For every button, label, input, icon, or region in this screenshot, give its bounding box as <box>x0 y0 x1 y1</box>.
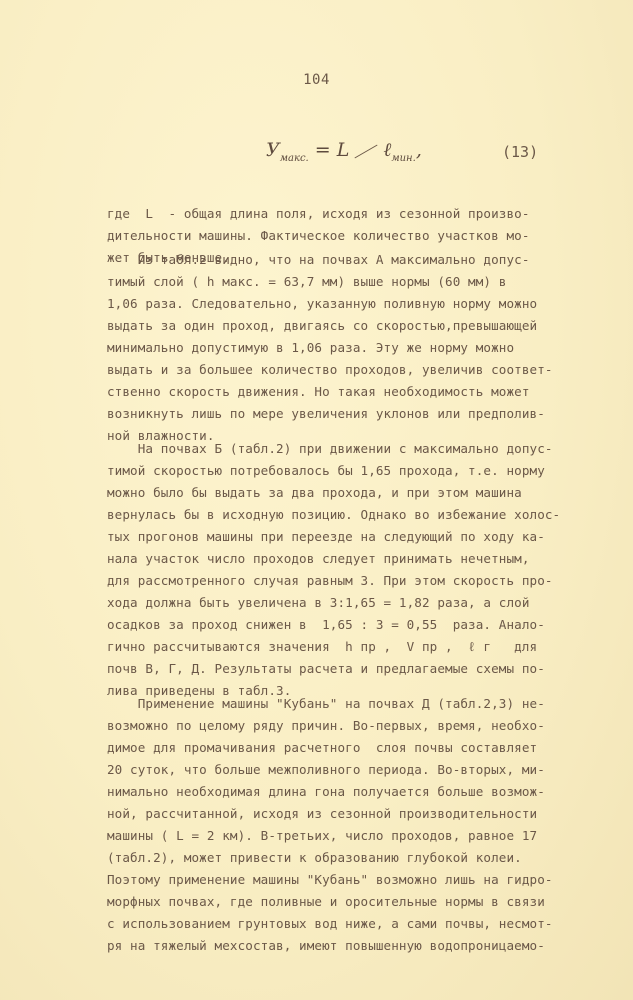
text-line: На почвах Б (табл.2) при движении с макс… <box>107 438 597 460</box>
paragraph-2: Из табл.2 видно, что на почвах А максима… <box>107 249 597 447</box>
text-line: нимально необходимая длина гона получает… <box>107 781 597 803</box>
text-line: морфных почвах, где поливные и ороситель… <box>107 891 597 913</box>
fraction-slash <box>355 144 378 158</box>
text-line: минимально допустимую в 1,06 раза. Эту ж… <box>107 337 597 359</box>
text-line: где L - общая длина поля, исходя из сезо… <box>107 203 597 225</box>
page-number: 104 <box>0 72 633 88</box>
equation-number: (13) <box>502 143 538 161</box>
text-line: гично рассчитываются значения h пр , V п… <box>107 636 597 658</box>
formula-equals: = <box>315 139 331 161</box>
text-line: ной, рассчитанной, исходя из сезонной пр… <box>107 803 597 825</box>
formula-comma: , <box>416 139 422 161</box>
text-line: Применение машины "Кубань" на почвах Д (… <box>107 693 597 715</box>
text-line: возникнуть лишь по мере увеличения уклон… <box>107 403 597 425</box>
paragraph-4: Применение машины "Кубань" на почвах Д (… <box>107 693 597 957</box>
text-line: вернулась бы в исходную позицию. Однако … <box>107 504 597 526</box>
formula-numerator: L <box>337 139 350 161</box>
text-line: нала участок число проходов следует прин… <box>107 548 597 570</box>
text-line: машины ( L = 2 км). В-третьих, число про… <box>107 825 597 847</box>
text-line: осадков за проход снижен в 1,65 : 3 = 0,… <box>107 614 597 636</box>
formula-lhs: У <box>266 139 280 161</box>
text-line: возможно по целому ряду причин. Во-первы… <box>107 715 597 737</box>
formula: Умакс. = Lℓмин., <box>266 139 422 164</box>
text-line: димое для промачивания расчетного слоя п… <box>107 737 597 759</box>
text-line: ря на тяжелый мехсостав, имеют повышенну… <box>107 935 597 957</box>
formula-lhs-sub: макс. <box>280 153 309 164</box>
text-line: выдать и за большее количество проходов,… <box>107 359 597 381</box>
text-line: почв В, Г, Д. Результаты расчета и предл… <box>107 658 597 680</box>
text-line: с использованием грунтовых вод ниже, а с… <box>107 913 597 935</box>
text-line: Из табл.2 видно, что на почвах А максима… <box>107 249 597 271</box>
text-line: 1,06 раза. Следовательно, указанную поли… <box>107 293 597 315</box>
formula-denominator-sub: мин. <box>391 153 416 164</box>
text-line: можно было бы выдать за два прохода, и п… <box>107 482 597 504</box>
text-line: ственно скорость движения. Но такая необ… <box>107 381 597 403</box>
text-line: тых прогонов машины при переезде на след… <box>107 526 597 548</box>
text-line: Поэтому применение машины "Кубань" возмо… <box>107 869 597 891</box>
text-line: тимой скоростью потребовалось бы 1,65 пр… <box>107 460 597 482</box>
text-line: выдать за один проход, двигаясь со скоро… <box>107 315 597 337</box>
text-line: хода должна быть увеличена в 3:1,65 = 1,… <box>107 592 597 614</box>
text-line: (табл.2), может привести к образованию г… <box>107 847 597 869</box>
text-line: для рассмотренного случая равным 3. При … <box>107 570 597 592</box>
text-line: 20 суток, что больше межполивного период… <box>107 759 597 781</box>
paragraph-3: На почвах Б (табл.2) при движении с макс… <box>107 438 597 702</box>
text-line: тимый слой ( h макс. = 63,7 мм) выше нор… <box>107 271 597 293</box>
text-line: дительности машины. Фактическое количест… <box>107 225 597 247</box>
